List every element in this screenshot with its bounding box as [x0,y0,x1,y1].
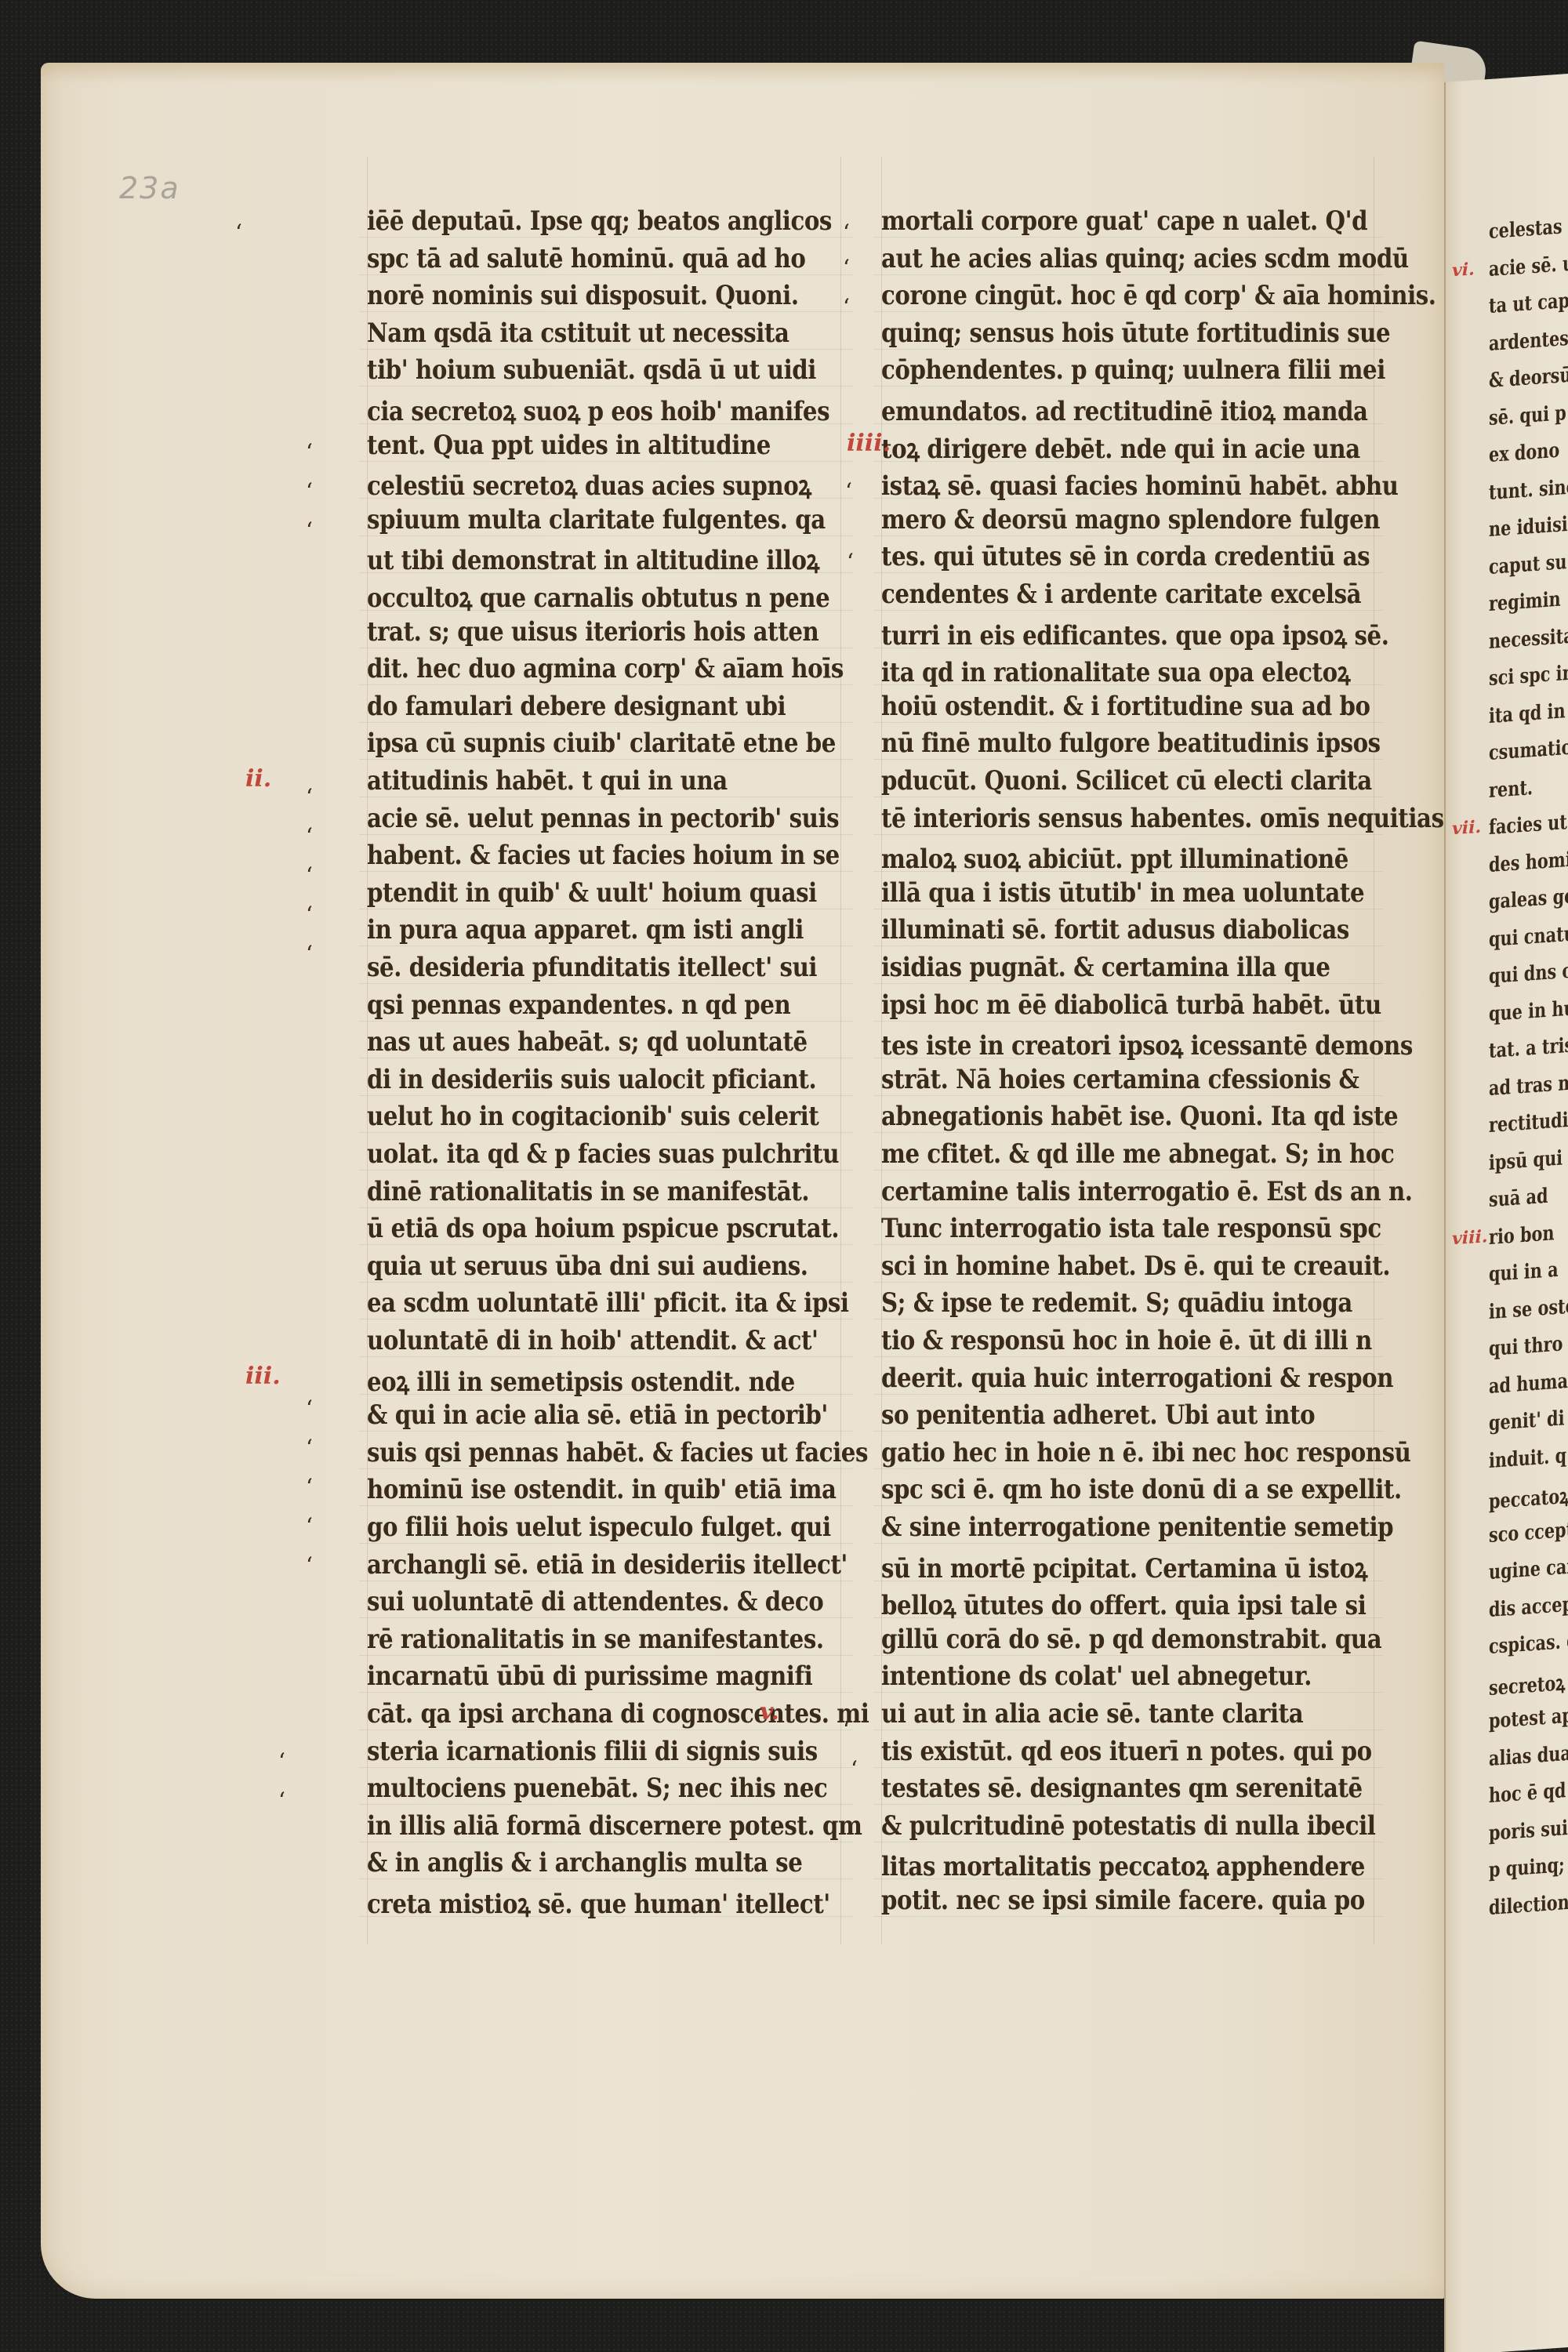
text-line: istaꝝ sē. quasi facies hominū habēt. abh… [881,466,1399,503]
text-line: spiuum multa claritate fulgentes. qa [367,504,826,535]
marginal-punctus-mark: ʻ [843,255,850,281]
marginal-punctus-mark: ʻ [843,220,850,245]
facing-text-line: dis accep [1489,1592,1568,1622]
text-line: hoiū ostendit. & i fortitudine sua ad bo [881,691,1370,722]
ruled-line [359,311,853,312]
facing-text-line: tat. a tris [1489,1033,1568,1063]
ruled-line [359,1319,853,1319]
marginal-punctus-mark: ʻ [306,1435,313,1461]
text-line: mortali corpore guat' cape n ualet. Q'd [881,205,1367,237]
text-line: dinē rationalitatis in se manifestāt. [367,1176,809,1207]
ruled-line [873,834,1383,835]
marginal-rubric-numeral: v. [760,1698,779,1726]
facing-text-line: dilectionē [1489,1889,1568,1919]
text-line: ū etiā ds opa hoium pspicue pscrutat. [367,1213,839,1244]
ruled-line [873,1692,1383,1693]
ruled-line [359,237,853,238]
marginal-punctus-mark: ʻ [306,784,313,810]
text-line: tes. qui ūtutes sē in corda credentiū as [881,541,1370,572]
facing-text-line: cspicas. qu [1489,1628,1568,1659]
text-line: tis existūt. qd eos ituerī n potes. qui … [881,1736,1372,1767]
facing-text-line: & deorsū [1489,364,1568,393]
ruled-line [873,1916,1383,1917]
marginal-punctus-mark: ʻ [235,220,242,245]
ruled-line [873,1804,1383,1805]
text-line: quia ut seruus ūba dni sui audiens. [367,1250,808,1282]
text-line: sū in mortē pcipitat. Certamina ū istoꝝ [881,1549,1367,1585]
text-line: & in anglis & i archanglis multa se [367,1847,802,1878]
facing-text-line: ugine car [1489,1555,1568,1584]
facing-marginal-rubric: vii. [1452,817,1481,840]
ruled-line [359,946,853,946]
facing-text-line: facies ut f [1489,810,1568,840]
text-line: Tunc interrogatio ista tale responsū spc [881,1213,1381,1244]
marginal-punctus-mark: ʻ [278,1788,285,1813]
ruled-line [359,1804,853,1805]
text-line: ui aut in alia acie sē. tante clarita [881,1698,1303,1730]
facing-text-line: acie sē. u [1489,252,1568,281]
facing-text-line: genit' di [1489,1406,1564,1436]
facing-text-line: rent. [1489,776,1533,803]
ruled-line [873,946,1383,946]
text-line: trat. s; que uisus iterioris hois atten [367,616,818,648]
ruled-line [359,1468,853,1469]
ruled-line [873,572,1383,573]
facing-text-line: qui dns o [1489,960,1568,989]
text-line: pducūt. Quoni. Scilicet cū electi clarit… [881,765,1372,797]
text-line: celestiū secretoꝝ duas acies supnoꝝ [367,466,811,503]
ruled-line [873,1170,1383,1171]
text-line: cāt. qa ipsi archana di cognoscentes. mi [367,1698,869,1730]
ruled-line [873,1282,1383,1283]
facing-text-line: potest appr [1489,1703,1568,1733]
facing-text-line: qui in a [1489,1258,1559,1287]
ruled-line [359,274,853,275]
text-line: tent. Qua ppt uides in altitudine [367,430,771,461]
ruled-line [359,1617,853,1618]
ruled-line [359,1356,853,1357]
ruled-line [359,684,853,685]
facing-text-line: celestas di [1489,213,1568,244]
ruled-line [873,1468,1383,1469]
facing-marginal-rubric: viii. [1452,1226,1488,1249]
ruled-line [359,386,853,387]
facing-text-line: alias duas [1489,1740,1568,1770]
text-line: gillū corā do sē. p qd demonstrabit. qua [881,1624,1381,1655]
text-line: uelut ho in cogitacionib' suis celerit [367,1101,818,1132]
marginal-punctus-mark: ʻ [306,1474,313,1500]
marginal-punctus-mark: ʻ [306,517,313,543]
marginal-punctus-mark: ʻ [306,478,313,504]
facing-text-line: peccatoꝝ [1489,1481,1568,1515]
text-line: occultoꝝ que carnalis obtutus n pene [367,579,829,615]
ruled-line [359,983,853,984]
text-line: in illis aliā formā discernere potest. q… [367,1810,862,1842]
text-line: intentione ds colat' uel abnegetur. [881,1661,1312,1692]
text-line: do famulari debere designant ubi [367,691,786,722]
text-line: uoluntatē di in hoib' attendit. & act' [367,1325,818,1356]
ruled-line [873,1132,1383,1133]
text-line: corone cingūt. hoc ē qd corp' & aīa homi… [881,280,1436,311]
text-line: sē. desideria pfunditatis itellect' sui [367,952,817,983]
text-line: acie sē. uelut pennas in pectorib' suis [367,803,839,834]
text-line: steria icarnationis filii di signis suis [367,1736,818,1767]
text-line: certamine talis interrogatio ē. Est ds a… [881,1176,1413,1207]
ruled-line [873,311,1383,312]
ruled-line [359,797,853,797]
facing-marginal-rubric: vi. [1452,259,1475,281]
marginal-rubric-numeral: iii. [245,1363,281,1390]
marginal-punctus-mark: ʻ [306,902,313,927]
marginal-punctus-mark: ʻ [843,294,850,320]
facing-text-line: rio bon [1489,1221,1555,1250]
facing-text-line: necessitat [1489,623,1568,653]
ruled-line [359,1058,853,1058]
ruled-line [359,871,853,872]
text-line: iēē deputaū. Ipse qq; beatos anglicos [367,205,832,237]
marginal-punctus-mark: ʻ [306,1396,313,1421]
ruled-line [873,610,1383,611]
text-line: abnegationis habēt ise. Quoni. Ita qd is… [881,1101,1398,1132]
facing-text-line: qui cnatu [1489,922,1568,952]
facing-text-line: secretoꝝ [1489,1668,1565,1701]
text-line: sui uoluntatē di attendentes. & deco [367,1586,823,1617]
text-line: deerit. quia huic interrogationi & respo… [881,1363,1393,1394]
ruled-line [359,1878,853,1879]
text-line: habent. & facies ut facies hoium in se [367,840,840,871]
text-line: belloꝝ ūtutes do offert. quia ipsi tale … [881,1586,1366,1622]
text-line: maloꝝ suoꝝ abiciūt. ppt illuminationē [881,840,1348,876]
ruled-line [873,1095,1383,1096]
ruled-line [359,1170,853,1171]
text-line: & qui in acie alia sē. etiā in pectorib' [367,1399,828,1431]
text-line: di in desideriis suis ualocit pficiant. [367,1064,816,1095]
ruled-line [873,237,1383,238]
ruled-line [359,1244,853,1245]
marginal-punctus-mark: ʻ [845,478,852,504]
marginal-punctus-mark: ʻ [306,941,313,967]
facing-text-line: ne iduisi [1489,513,1568,542]
text-line: S; & ipse te redemit. S; quādiu intoga [881,1287,1352,1319]
ruled-line [359,1132,853,1133]
ruled-line [873,797,1383,797]
ruled-line [873,1356,1383,1357]
ruled-line [359,1842,853,1842]
ruled-line [359,1767,853,1768]
facing-text-line: p quinq; u [1489,1853,1568,1882]
ruled-line [873,1244,1383,1245]
text-line: ipsa cū supnis ciuib' claritatē etne be [367,728,836,759]
ruled-line [873,722,1383,723]
marginal-rubric-numeral: iiii. [847,430,891,457]
marginal-punctus-mark: ʻ [306,439,313,465]
facing-text-line: poris sui ad [1489,1814,1568,1846]
ruled-line [359,349,853,350]
ruled-line [873,1431,1383,1432]
text-line: ut tibi demonstrat in altitudine illoꝝ [367,541,819,577]
ruled-line [873,1543,1383,1544]
text-line: tē interioris sensus habentes. omīs nequ… [881,803,1444,834]
text-line: isidias pugnāt. & certamina illa que [881,952,1330,983]
text-line: atitudinis habēt. t qui in una [367,765,728,797]
ruled-line [359,1730,853,1730]
ruled-line [873,1767,1383,1768]
facing-text-line: des homin [1489,847,1568,877]
ruled-line [359,1655,853,1656]
text-line: mero & deorsū magno splendore fulgen [881,504,1380,535]
text-line: ea scdm uoluntatē illi' pficit. ita & ip… [367,1287,849,1319]
ruled-line [359,461,853,462]
facing-text-line: ardentes [1489,326,1568,355]
text-line: tib' hoium subueniāt. qsdā ū ut uidi [367,354,816,386]
marginal-punctus-mark: ʻ [843,1717,850,1743]
facing-text-line: caput su [1489,550,1567,579]
facing-text-line: ex dono [1489,439,1559,467]
text-line: in pura aqua apparet. qm isti angli [367,914,804,946]
text-line: emundatos. ad rectitudinē itioꝝ manda [881,392,1368,428]
text-line: aut he acies alias quinq; acies scdm mod… [881,243,1409,274]
text-line: cōphendentes. p quinq; uulnera filii mei [881,354,1385,386]
text-line: qsi pennas expandentes. n qd pen [367,989,790,1021]
facing-text-line: ipsū qui [1489,1146,1563,1175]
facing-text-line: sē. qui p [1489,401,1566,430]
ruled-line [359,1021,853,1022]
text-line: potit. nec se ipsi simile facere. quia p… [881,1885,1365,1916]
ruled-line [359,1095,853,1096]
facing-text-line: in se oste [1489,1294,1568,1324]
text-line: spc tā ad salutē hominū. quā ad ho [367,243,805,274]
text-line: ptendit in quib' & uult' hoium quasi [367,877,817,909]
text-line: testates sē. designantes qm serenitatē [881,1773,1363,1804]
facing-text-line: ta ut cap [1489,289,1568,318]
text-line: so penitentia adheret. Ubi aut into [881,1399,1315,1431]
text-line: rē rationalitatis in se manifestantes. [367,1624,824,1655]
ruled-line [873,909,1383,909]
text-line: suis qsi pennas habēt. & facies ut facie… [367,1437,868,1468]
text-line: illuminati sē. fortit adusus diabolicas [881,914,1349,946]
marginal-rubric-numeral: ii. [245,765,271,793]
facing-text-line: sco ccept [1489,1518,1568,1548]
facing-text-line: ad tras m [1489,1071,1568,1101]
ruled-line [359,1581,853,1581]
ruled-line [873,1730,1383,1730]
facing-text-line: sci spc in [1489,661,1568,691]
text-line: strāt. Nā hoies certamina cfessionis & [881,1064,1359,1095]
text-line: tes iste in creatori ipsoꝝ icessantē dem… [881,1026,1413,1062]
text-line: & pulcritudinē potestatis di nulla ibeci… [881,1810,1375,1842]
ruled-line [359,1431,853,1432]
ruled-line [873,1319,1383,1319]
ruled-line [873,1021,1383,1022]
facing-text-line: regimin [1489,588,1561,616]
facing-text-line: qui thro [1489,1332,1563,1361]
text-line: toꝝ dirigere debēt. nde qui in acie una [881,430,1360,466]
facing-text-line: rectitudi [1489,1109,1568,1138]
ruled-line [359,722,853,723]
text-line: dit. hec duo agmina corp' & aīam hoīs [367,653,844,684]
text-line: nū finē multo fulgore beatitudinis ipsos [881,728,1381,759]
ruled-line [359,759,853,760]
marginal-punctus-mark: ʻ [306,823,313,849]
ruled-line [873,274,1383,275]
text-line: uolat. ita qd & p facies suas pulchritu [367,1138,839,1170]
marginal-punctus-mark: ʻ [306,862,313,888]
text-line: archangli sē. etiā in desideriis itellec… [367,1549,848,1581]
folio-number: 23a [119,171,180,205]
text-line: gatio hec in hoie n ē. ibi nec hoc respo… [881,1437,1410,1468]
facing-text-line: galeas ge [1489,884,1568,914]
ruled-line [873,535,1383,536]
ruled-line [359,909,853,909]
ruled-line [873,1655,1383,1656]
ruled-line [359,1692,853,1693]
text-column-left: iēē deputaū. Ipse qq; beatos anglicosspc… [367,205,845,1930]
ruled-line [873,1505,1383,1506]
text-line: quinq; sensus hois ūtute fortitudinis su… [881,318,1390,349]
facing-text-line: csumatio [1489,736,1568,765]
ruled-line [873,1207,1383,1208]
text-line: norē nominis sui disposuit. Quoni. [367,280,799,311]
text-line: ita qd in rationalitate sua opa electoꝝ [881,653,1350,689]
text-line: creta mistioꝝ sē. que human' itellect' [367,1885,830,1921]
text-line: litas mortalitatis peccatoꝝ apphendere [881,1847,1365,1883]
ruled-line [359,1207,853,1208]
marginal-punctus-mark: ʻ [306,1552,313,1578]
marginal-punctus-mark: ʻ [306,1513,313,1539]
text-line: cia secretoꝝ suoꝝ p eos hoib' manifes [367,392,829,428]
text-line: cendentes & i ardente caritate excelsā [881,579,1361,610]
text-line: me cfitet. & qd ille me abnegat. S; in h… [881,1138,1394,1170]
facing-text-line: tunt. sine [1489,475,1568,505]
marginal-punctus-mark: ʻ [278,1748,285,1774]
ruled-line [873,983,1383,984]
text-column-right: mortali corpore guat' cape n ualet. Q'da… [881,205,1375,1930]
facing-text-line: que in hu [1489,996,1568,1026]
text-line: spc sci ē. qm ho iste donū di a se expel… [881,1474,1402,1505]
facing-text-line: ad huma [1489,1369,1568,1398]
text-line: go filii hois uelut ispeculo fulget. qui [367,1512,831,1543]
text-line: incarnatū ūbū di purissime magnifi [367,1661,812,1692]
text-line: ipsi hoc m ēē diabolicā turbā habēt. ūtu [881,989,1381,1021]
facing-text-line: induit. q [1489,1444,1566,1473]
marginal-punctus-mark: ʻ [847,549,854,575]
text-line: hominū ise ostendit. in quib' etiā ima [367,1474,837,1505]
facing-text-line: hoc ē qd fid [1489,1777,1568,1808]
ruled-line [359,648,853,648]
ruled-line [359,1505,853,1506]
ruled-line [359,535,853,536]
text-line: illā qua i istis ūtutib' in mea uoluntat… [881,877,1364,909]
text-line: sci in homine habet. Ds ē. qui te creaui… [881,1250,1390,1282]
text-line: nas ut aues habeāt. s; qd uoluntatē [367,1026,808,1058]
text-line: turri in eis edificantes. que opa ipsoꝝ … [881,616,1388,652]
marginal-punctus-mark: ʻ [851,1756,858,1782]
text-line: multociens puenebāt. S; nec ihis nec [367,1773,827,1804]
ruled-line [359,1282,853,1283]
facing-page: celestas diacie sē. uta ut capardentes& … [1444,73,1568,2352]
ruled-line [873,1394,1383,1395]
text-line: Nam qsdā ita cstituit ut necessita [367,318,789,349]
ruled-line [359,834,853,835]
ruled-line [873,349,1383,350]
facing-text-line: suā ad [1489,1185,1548,1212]
ruled-line [873,1842,1383,1842]
text-line: & sine interrogatione penitentie semetip [881,1512,1393,1543]
text-line: eoꝝ illi in semetipsis ostendit. nde [367,1363,795,1399]
text-line: tio & responsū hoc in hoie ē. ūt di illi… [881,1325,1372,1356]
ruled-line [359,1543,853,1544]
ruled-line [873,759,1383,760]
ruled-line [873,386,1383,387]
facing-text-line: ita qd in [1489,699,1566,728]
